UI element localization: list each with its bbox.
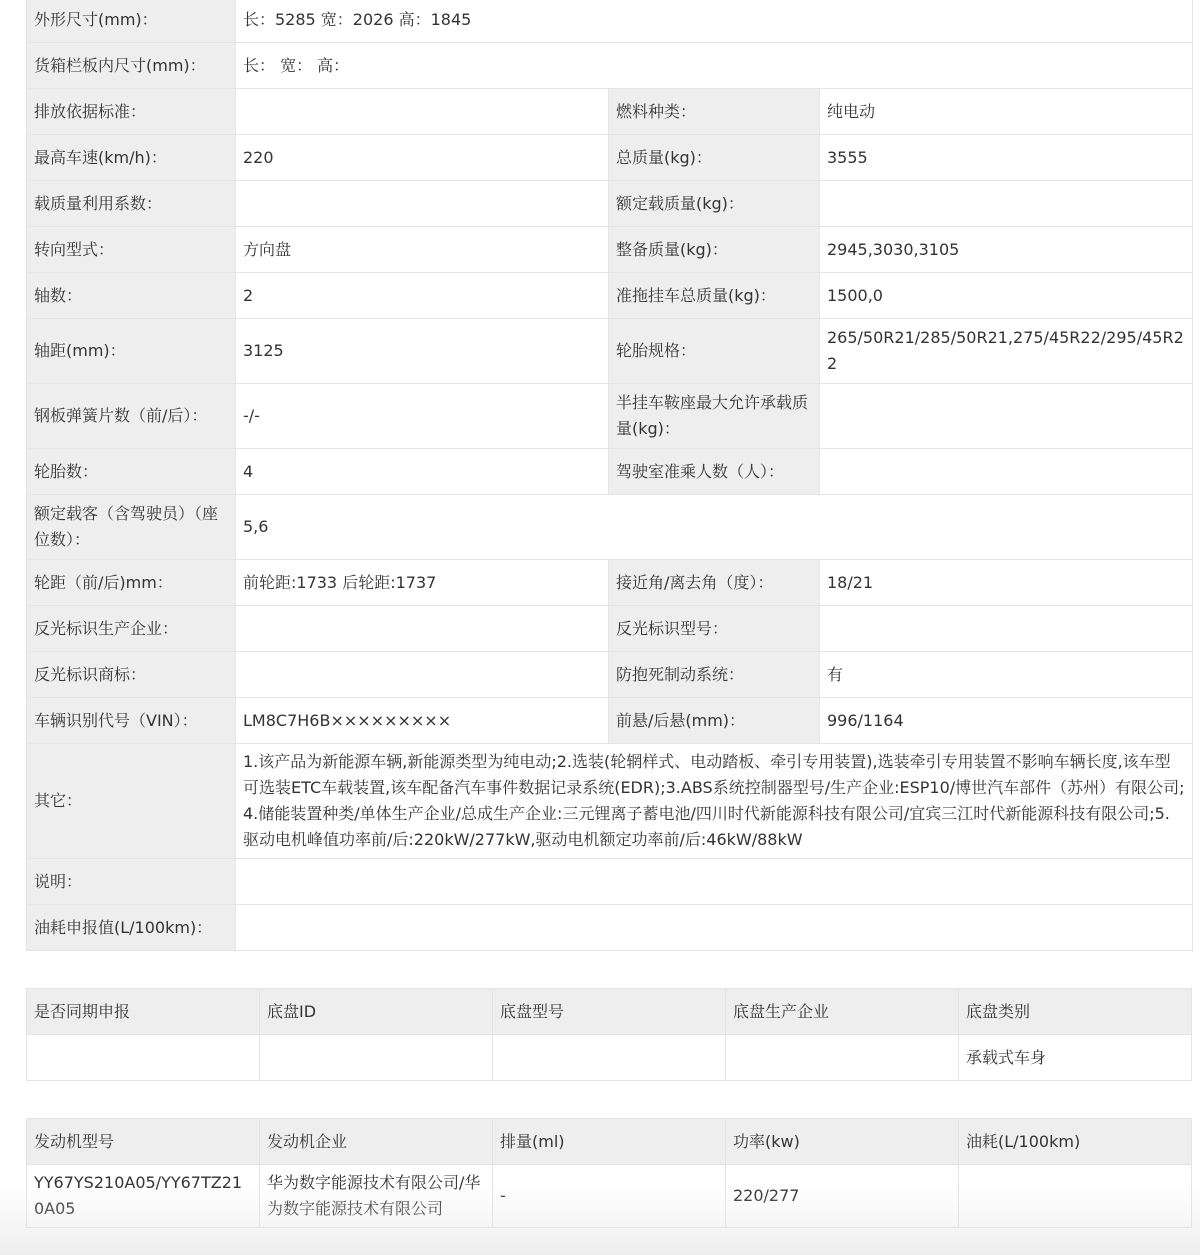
label-wheelbase: 轴距(mm)： [27,319,236,384]
value-overhang: 996/1164 [820,698,1193,744]
chassis-header-maker: 底盘生产企业 [726,989,959,1035]
engine-header-model: 发动机型号 [27,1119,260,1165]
value-tire-count: 4 [236,449,609,495]
spec-row: 钢板弹簧片数（前/后）： -/- 半挂车鞍座最大允许承载质量(kg)： [27,384,1193,449]
value-trailer-mass: 1500,0 [820,273,1193,319]
label-track: 轮距（前/后)mm： [27,560,236,606]
spec-row: 最高车速(km/h)： 220 总质量(kg)： 3555 [27,135,1193,181]
chassis-cell-same-period [27,1035,260,1081]
engine-header-displacement: 排量(ml) [493,1119,726,1165]
spec-row: 车辆识别代号（VIN）： LM8C7H6B××××××××× 前悬/后悬(mm)… [27,698,1193,744]
vehicle-spec-document: 外形尺寸(mm)： 长：5285 宽：2026 高：1845 货箱栏板内尺寸(m… [26,0,1192,1228]
value-seats: 5,6 [236,495,1193,560]
chassis-header-row: 是否同期申报 底盘ID 底盘型号 底盘生产企业 底盘类别 [27,989,1192,1035]
spec-row: 轮胎数： 4 驾驶室准乘人数（人）： [27,449,1193,495]
engine-header-consumption: 油耗(L/100km) [959,1119,1192,1165]
label-total-mass: 总质量(kg)： [609,135,820,181]
value-approach-departure: 18/21 [820,560,1193,606]
spec-row-seats: 额定载客（含驾驶员）（座位数）： 5,6 [27,495,1193,560]
spec-row: 轴数： 2 准拖挂车总质量(kg)： 1500,0 [27,273,1193,319]
value-rated-load [820,181,1193,227]
engine-cell-model: YY67YS210A05/YY67TZ210A05 [27,1165,260,1228]
engine-header-power: 功率(kw) [726,1119,959,1165]
spec-row-notes: 说明： [27,859,1193,905]
value-saddle-load [820,384,1193,449]
spec-row: 转向型式： 方向盘 整备质量(kg)： 2945,3030,3105 [27,227,1193,273]
engine-data-row: YY67YS210A05/YY67TZ210A05 华为数字能源技术有限公司/华… [27,1165,1192,1228]
label-notes: 说明： [27,859,236,905]
chassis-cell-model [493,1035,726,1081]
value-dimensions: 长：5285 宽：2026 高：1845 [236,0,1193,43]
engine-cell-consumption [959,1165,1192,1228]
chassis-cell-type: 承载式车身 [959,1035,1192,1081]
spec-row-dimensions: 外形尺寸(mm)： 长：5285 宽：2026 高：1845 [27,0,1193,43]
engine-cell-maker: 华为数字能源技术有限公司/华为数字能源技术有限公司 [260,1165,493,1228]
value-curb-weight: 2945,3030,3105 [820,227,1193,273]
engine-header-maker: 发动机企业 [260,1119,493,1165]
chassis-cell-maker [726,1035,959,1081]
label-approach-departure: 接近角/离去角（度）： [609,560,820,606]
engine-table: 发动机型号 发动机企业 排量(ml) 功率(kw) 油耗(L/100km) YY… [26,1118,1192,1228]
value-track: 前轮距:1733 后轮距:1737 [236,560,609,606]
engine-header-row: 发动机型号 发动机企业 排量(ml) 功率(kw) 油耗(L/100km) [27,1119,1192,1165]
label-steering: 转向型式： [27,227,236,273]
value-leaf-springs: -/- [236,384,609,449]
label-cab-occupants: 驾驶室准乘人数（人）： [609,449,820,495]
spec-row: 载质量利用系数： 额定载质量(kg)： [27,181,1193,227]
label-fuel-type: 燃料种类： [609,89,820,135]
chassis-cell-id [260,1035,493,1081]
label-seats: 额定载客（含驾驶员）（座位数）： [27,495,236,560]
label-vin: 车辆识别代号（VIN）： [27,698,236,744]
value-abs: 有 [820,652,1193,698]
engine-cell-displacement: - [493,1165,726,1228]
value-vin: LM8C7H6B××××××××× [236,698,609,744]
value-tire-spec: 265/50R21/285/50R21,275/45R22/295/45R22 [820,319,1193,384]
value-reflector-maker [236,606,609,652]
value-reflector-model [820,606,1193,652]
value-emission-standard [236,89,609,135]
label-dimensions: 外形尺寸(mm)： [27,0,236,43]
label-reflector-maker: 反光标识生产企业： [27,606,236,652]
spec-row-other: 其它： 1.该产品为新能源车辆,新能源类型为纯电动;2.选装(轮辋样式、电动踏板… [27,744,1193,859]
value-max-speed: 220 [236,135,609,181]
label-trailer-mass: 准拖挂车总质量(kg)： [609,273,820,319]
chassis-header-type: 底盘类别 [959,989,1192,1035]
value-other: 1.该产品为新能源车辆,新能源类型为纯电动;2.选装(轮辋样式、电动踏板、牵引专… [236,744,1193,859]
chassis-header-model: 底盘型号 [493,989,726,1035]
value-wheelbase: 3125 [236,319,609,384]
label-emission-standard: 排放依据标准： [27,89,236,135]
value-axles: 2 [236,273,609,319]
label-overhang: 前悬/后悬(mm)： [609,698,820,744]
label-fuel-consumption: 油耗申报值(L/100km)： [27,905,236,951]
value-steering: 方向盘 [236,227,609,273]
label-reflector-brand: 反光标识商标： [27,652,236,698]
spec-row: 反光标识商标： 防抱死制动系统： 有 [27,652,1193,698]
spec-row: 排放依据标准： 燃料种类： 纯电动 [27,89,1193,135]
value-reflector-brand [236,652,609,698]
value-fuel-type: 纯电动 [820,89,1193,135]
label-tire-count: 轮胎数： [27,449,236,495]
label-saddle-load: 半挂车鞍座最大允许承载质量(kg)： [609,384,820,449]
label-max-speed: 最高车速(km/h)： [27,135,236,181]
value-cargo-box: 长： 宽： 高： [236,43,1193,89]
chassis-table: 是否同期申报 底盘ID 底盘型号 底盘生产企业 底盘类别 承载式车身 [26,988,1192,1081]
value-fuel-consumption [236,905,1193,951]
value-cab-occupants [820,449,1193,495]
spec-row-fuel-consumption: 油耗申报值(L/100km)： [27,905,1193,951]
spec-row: 轮距（前/后)mm： 前轮距:1733 后轮距:1737 接近角/离去角（度）：… [27,560,1193,606]
chassis-header-same-period: 是否同期申报 [27,989,260,1035]
spec-row-cargo-box: 货箱栏板内尺寸(mm)： 长： 宽： 高： [27,43,1193,89]
label-load-coefficient: 载质量利用系数： [27,181,236,227]
label-rated-load: 额定载质量(kg)： [609,181,820,227]
label-abs: 防抱死制动系统： [609,652,820,698]
label-curb-weight: 整备质量(kg)： [609,227,820,273]
spec-table: 外形尺寸(mm)： 长：5285 宽：2026 高：1845 货箱栏板内尺寸(m… [26,0,1193,951]
chassis-header-id: 底盘ID [260,989,493,1035]
value-notes [236,859,1193,905]
label-other: 其它： [27,744,236,859]
label-leaf-springs: 钢板弹簧片数（前/后）： [27,384,236,449]
label-tire-spec: 轮胎规格： [609,319,820,384]
label-axles: 轴数： [27,273,236,319]
value-load-coefficient [236,181,609,227]
engine-cell-power: 220/277 [726,1165,959,1228]
label-cargo-box: 货箱栏板内尺寸(mm)： [27,43,236,89]
chassis-data-row: 承载式车身 [27,1035,1192,1081]
spec-row: 轴距(mm)： 3125 轮胎规格： 265/50R21/285/50R21,2… [27,319,1193,384]
label-reflector-model: 反光标识型号： [609,606,820,652]
spec-row: 反光标识生产企业： 反光标识型号： [27,606,1193,652]
value-total-mass: 3555 [820,135,1193,181]
